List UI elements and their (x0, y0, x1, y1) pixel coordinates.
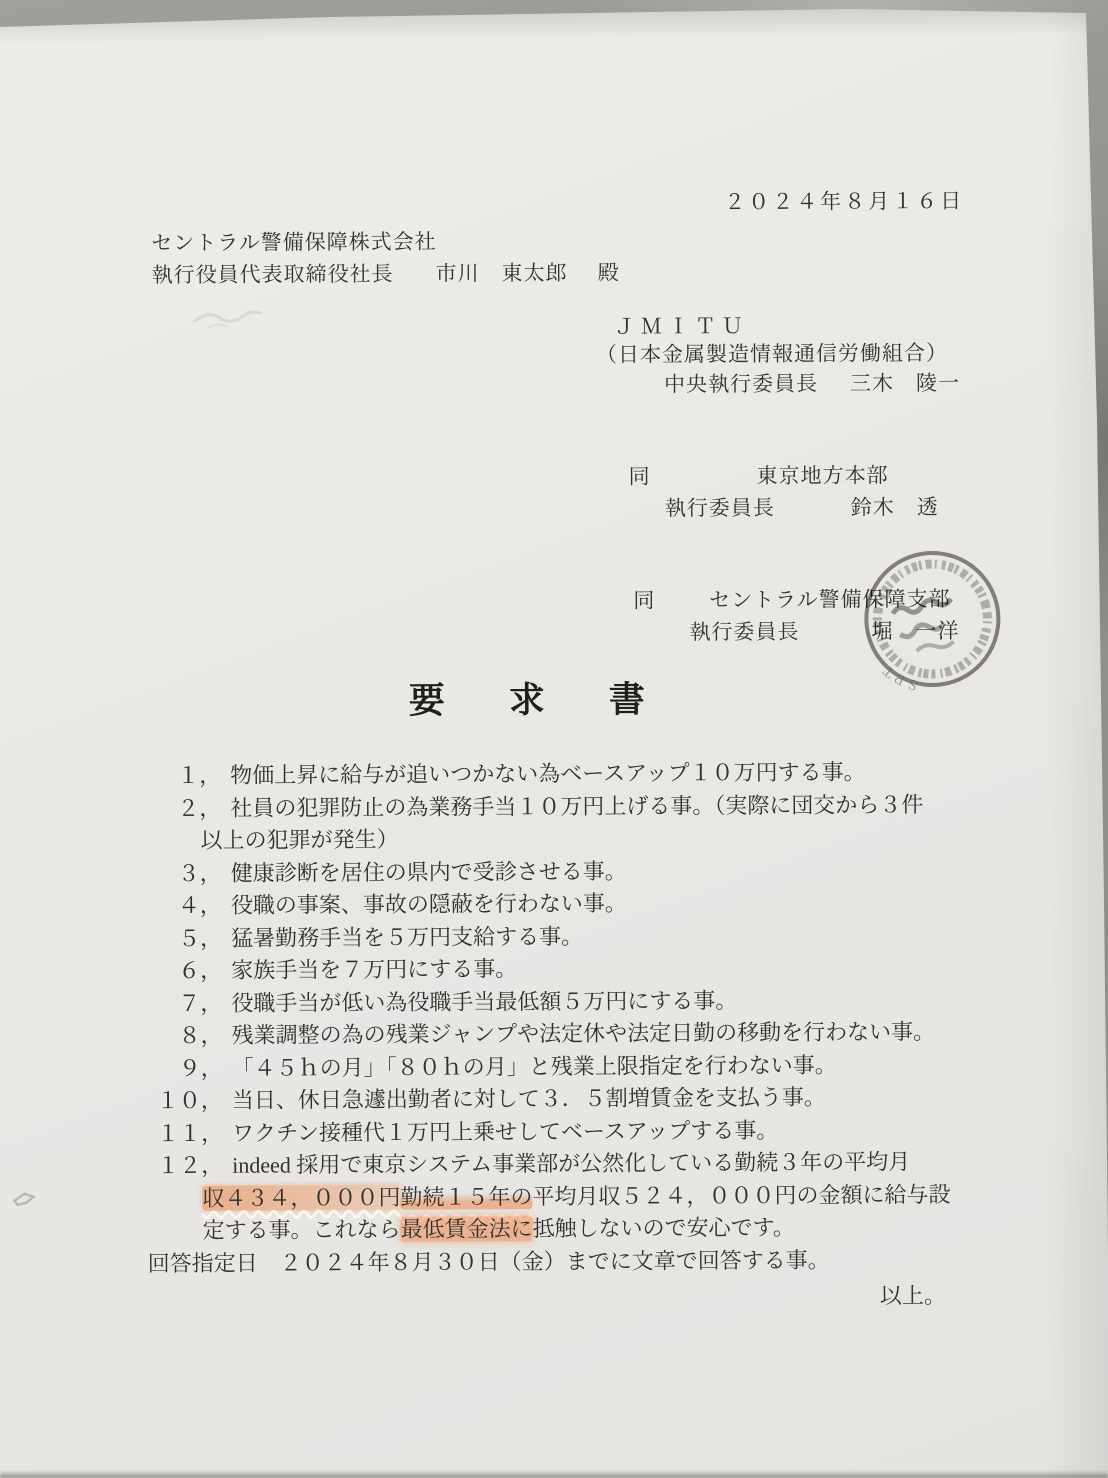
recipient-company: セントラル警備保障株式会社 (151, 229, 437, 256)
company-branch-chair-line: 執行委員長堀 一洋 (689, 619, 799, 646)
item-number: ２， (145, 792, 221, 825)
recipient-title: 執行役員代表取締役社長 (152, 262, 394, 287)
highlight-salary-3yr: 収４３４，０００円 (202, 1184, 400, 1210)
photo-bottom-edge (0, 1470, 1108, 1478)
item-text: ワクチン接種代１万円上乗せしてベースアップする事。 (202, 1113, 1070, 1150)
item-text: 役職手当が低い為役職手当最低額５万円にする事。 (201, 983, 1069, 1020)
document-title: 要 求 書 (0, 669, 1068, 726)
item-text: 「４５ｈの月」「８０ｈの月」と残業上限指定を行わない事。 (202, 1048, 1070, 1085)
highlight-minimum-wage-law: 最低賃金法に (401, 1216, 533, 1242)
item-number: １０， (147, 1085, 223, 1118)
item-number: ３， (146, 857, 222, 890)
item-text: 家族手当を７万円にする事。 (201, 950, 1069, 987)
branch-chair-title: 執行委員長 (689, 620, 799, 645)
photo-background: ２０２４年８月１６日 セントラル警備保障株式会社 執行役員代表取締役社長市川 東… (0, 0, 1108, 1478)
margin-smudge-mark (8, 1185, 42, 1215)
item-text: 健康診断を居住の県内で受診させる事。 (201, 853, 1069, 890)
tokyo-chair-title: 執行委員長 (665, 496, 775, 521)
union-abbreviation: ＪＭＩＴＵ (614, 313, 749, 340)
item12-line2: 平均月収５２４，０００円の金額に給与設 (532, 1181, 950, 1208)
highlight-tenure-15yr: 勤続１５年の (400, 1184, 532, 1210)
item-number: ９， (147, 1052, 223, 1085)
item12-line3-rest: 抵触しないので安心です。 (533, 1215, 795, 1241)
recipient-honorific: 殿 (597, 261, 619, 285)
central-chair-title: 中央執行委員長 (664, 372, 818, 397)
company-branch-line: 同セントラル警備保障支部 (633, 587, 655, 613)
tokyo-branch-line: 同東京地方本部 (629, 463, 651, 489)
tokyo-chair-line: 執行委員長鈴木 透 (665, 495, 775, 522)
demand-item-12: １２，indeed 採用で東京システム事業部が公然化している勤続３年の平均月収４… (2, 1145, 1108, 1248)
document-content: ２０２４年８月１６日 セントラル警備保障株式会社 執行役員代表取締役社長市川 東… (0, 0, 1108, 1478)
ditto-mark: 同 (629, 464, 651, 488)
tokyo-branch-name: 東京地方本部 (757, 462, 889, 489)
item12-line1: indeed 採用で東京システム事業部が公然化している勤続３年の平均月 (232, 1149, 910, 1178)
item-number: ５， (146, 922, 222, 955)
item-text: 猛暑勤務手当を５万円支給する事。 (201, 918, 1069, 955)
item-number: ７， (146, 987, 222, 1020)
item-number: ４， (146, 890, 222, 923)
item-number: １， (145, 760, 221, 793)
item-number: ６， (146, 955, 222, 988)
recipient-name: 市川 東太郎 (435, 261, 567, 286)
item-text: 当日、休日急遽出勤者に対して３．５割増賃金を支払う事。 (202, 1080, 1070, 1117)
central-chair-line: 中央執行委員長三木 陵一 (664, 370, 960, 398)
tokyo-chair-name: 鈴木 透 (851, 494, 939, 520)
item-number: １２， (147, 1150, 223, 1183)
closing-line: 以上。 (3, 1279, 1108, 1317)
document-date: ２０２４年８月１６日 (724, 188, 964, 215)
union-full-name: （日本金属製造情報通信労働組合） (596, 340, 948, 368)
pencil-smudge (188, 299, 268, 335)
item-text: 役職の事案、事故の隠蔽を行わない事。 (201, 885, 1069, 922)
item-number: ８， (146, 1020, 222, 1053)
item-number: １１， (147, 1117, 223, 1150)
item-text: 残業調整の為の残業ジャンプや法定休や法定日勤の移動を行わない事。 (201, 1015, 1069, 1052)
recipient-line: 執行役員代表取締役社長市川 東太郎殿 (151, 260, 619, 288)
item-text: 社員の犯罪防止の為業務手当１０万円上げる事。（実際に団交から３件 以上の犯罪が発… (200, 788, 1068, 858)
ditto-mark: 同 (633, 588, 655, 612)
demand-item-2: ２，社員の犯罪防止の為業務手当１０万円上げる事。（実際に団交から３件 以上の犯罪… (0, 788, 1108, 859)
item-text: 物価上昇に給与が追いつかない為ベースアップ１０万円する事。 (200, 755, 1068, 792)
reply-deadline-line: 回答指定日 ２０２４年８月３０日（金）までに文章で回答する事。 (3, 1243, 1108, 1281)
item-text: indeed 採用で東京システム事業部が公然化している勤続３年の平均月収４３４，… (202, 1145, 1070, 1247)
document-paper: ２０２４年８月１６日 セントラル警備保障株式会社 執行役員代表取締役社長市川 東… (0, 0, 1108, 1478)
demand-list: １，物価上昇に給与が追いつかない為ベースアップ１０万円する事。 ２，社員の犯罪防… (0, 755, 1108, 1317)
central-chair-name: 三木 陵一 (850, 371, 960, 396)
item12-line3-start: 定する事。これなら (203, 1217, 401, 1243)
